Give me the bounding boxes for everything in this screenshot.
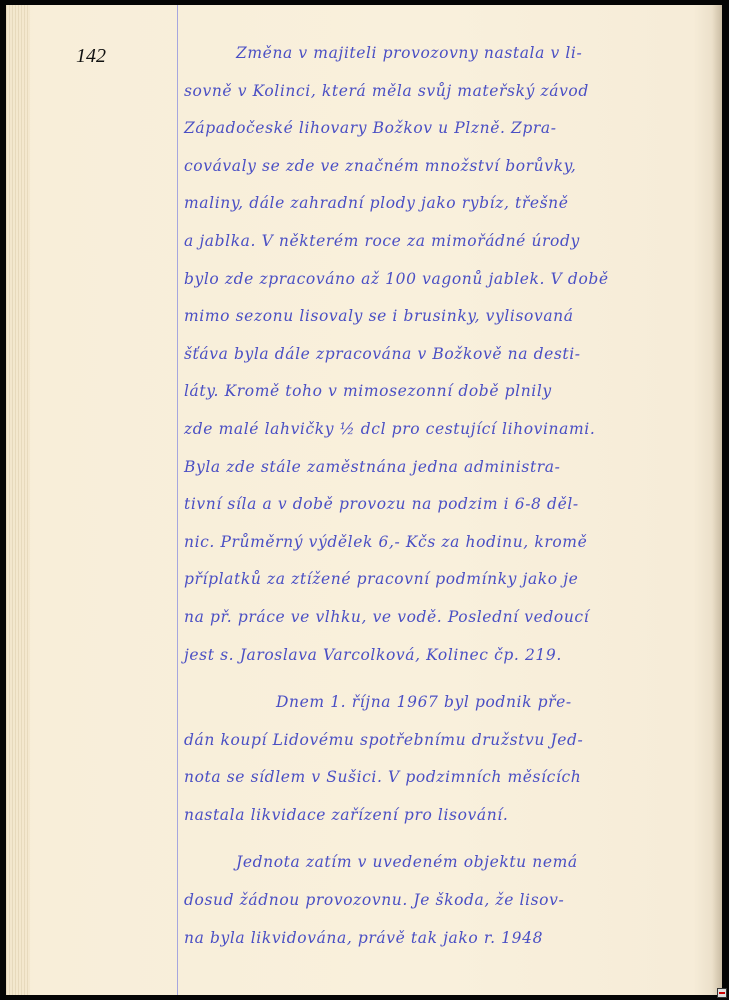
text-line: mimo sezonu lisovaly se i brusinky, vyli… bbox=[184, 298, 716, 336]
text-line: šťáva byla dále zpracována v Božkově na … bbox=[184, 336, 716, 374]
page-number: 142 bbox=[76, 45, 106, 68]
text-line: Západočeské lihovary Božkov u Plzně. Zpr… bbox=[184, 110, 716, 148]
text-line: dán koupí Lidovému spotřebnímu družstvu … bbox=[184, 722, 716, 760]
text-line: nota se sídlem v Sušici. V podzimních mě… bbox=[184, 759, 716, 797]
notebook-page: 142 Změna v majiteli provozovny nastala … bbox=[6, 5, 722, 995]
text-line: láty. Kromě toho v mimosezonní době plni… bbox=[184, 373, 716, 411]
page-right-shadow bbox=[712, 5, 722, 995]
text-line: tivní síla a v době provozu na podzim i … bbox=[184, 486, 716, 524]
text-line: Byla zde stále zaměstnána jedna administ… bbox=[184, 449, 716, 487]
text-line: maliny, dále zahradní plody jako rybíz, … bbox=[184, 185, 716, 223]
text-line: a jablka. V některém roce za mimořádné ú… bbox=[184, 223, 716, 261]
text-line: nastala likvidace zařízení pro lisování. bbox=[184, 797, 716, 835]
text-line: zde malé lahvičky ½ dcl pro cestující li… bbox=[184, 411, 716, 449]
text-line: Jednota zatím v uvedeném objektu nemá bbox=[184, 844, 716, 882]
stacked-page-edges bbox=[6, 5, 30, 995]
text-line: Změna v majiteli provozovny nastala v li… bbox=[184, 35, 716, 73]
text-line: Dnem 1. října 1967 byl podnik pře- bbox=[184, 684, 716, 722]
margin-rule-line bbox=[177, 5, 178, 995]
text-line: sovně v Kolinci, která měla svůj mateřsk… bbox=[184, 73, 716, 111]
text-line: příplatků za ztížené pracovní podmínky j… bbox=[184, 561, 716, 599]
text-line: na byla likvidována, právě tak jako r. 1… bbox=[184, 920, 716, 958]
text-line: nic. Průměrný výdělek 6,- Kčs za hodinu,… bbox=[184, 524, 716, 562]
text-line: bylo zde zpracováno až 100 vagonů jablek… bbox=[184, 261, 716, 299]
text-line: covávaly se zde ve značném množství borů… bbox=[184, 148, 716, 186]
minimize-icon[interactable] bbox=[717, 988, 727, 998]
handwritten-text-block: Změna v majiteli provozovny nastala v li… bbox=[184, 35, 716, 957]
text-line: na př. práce ve vlhku, ve vodě. Poslední… bbox=[184, 599, 716, 637]
text-line: jest s. Jaroslava Varcolková, Kolinec čp… bbox=[184, 637, 716, 675]
text-line: dosud žádnou provozovnu. Je škoda, že li… bbox=[184, 882, 716, 920]
